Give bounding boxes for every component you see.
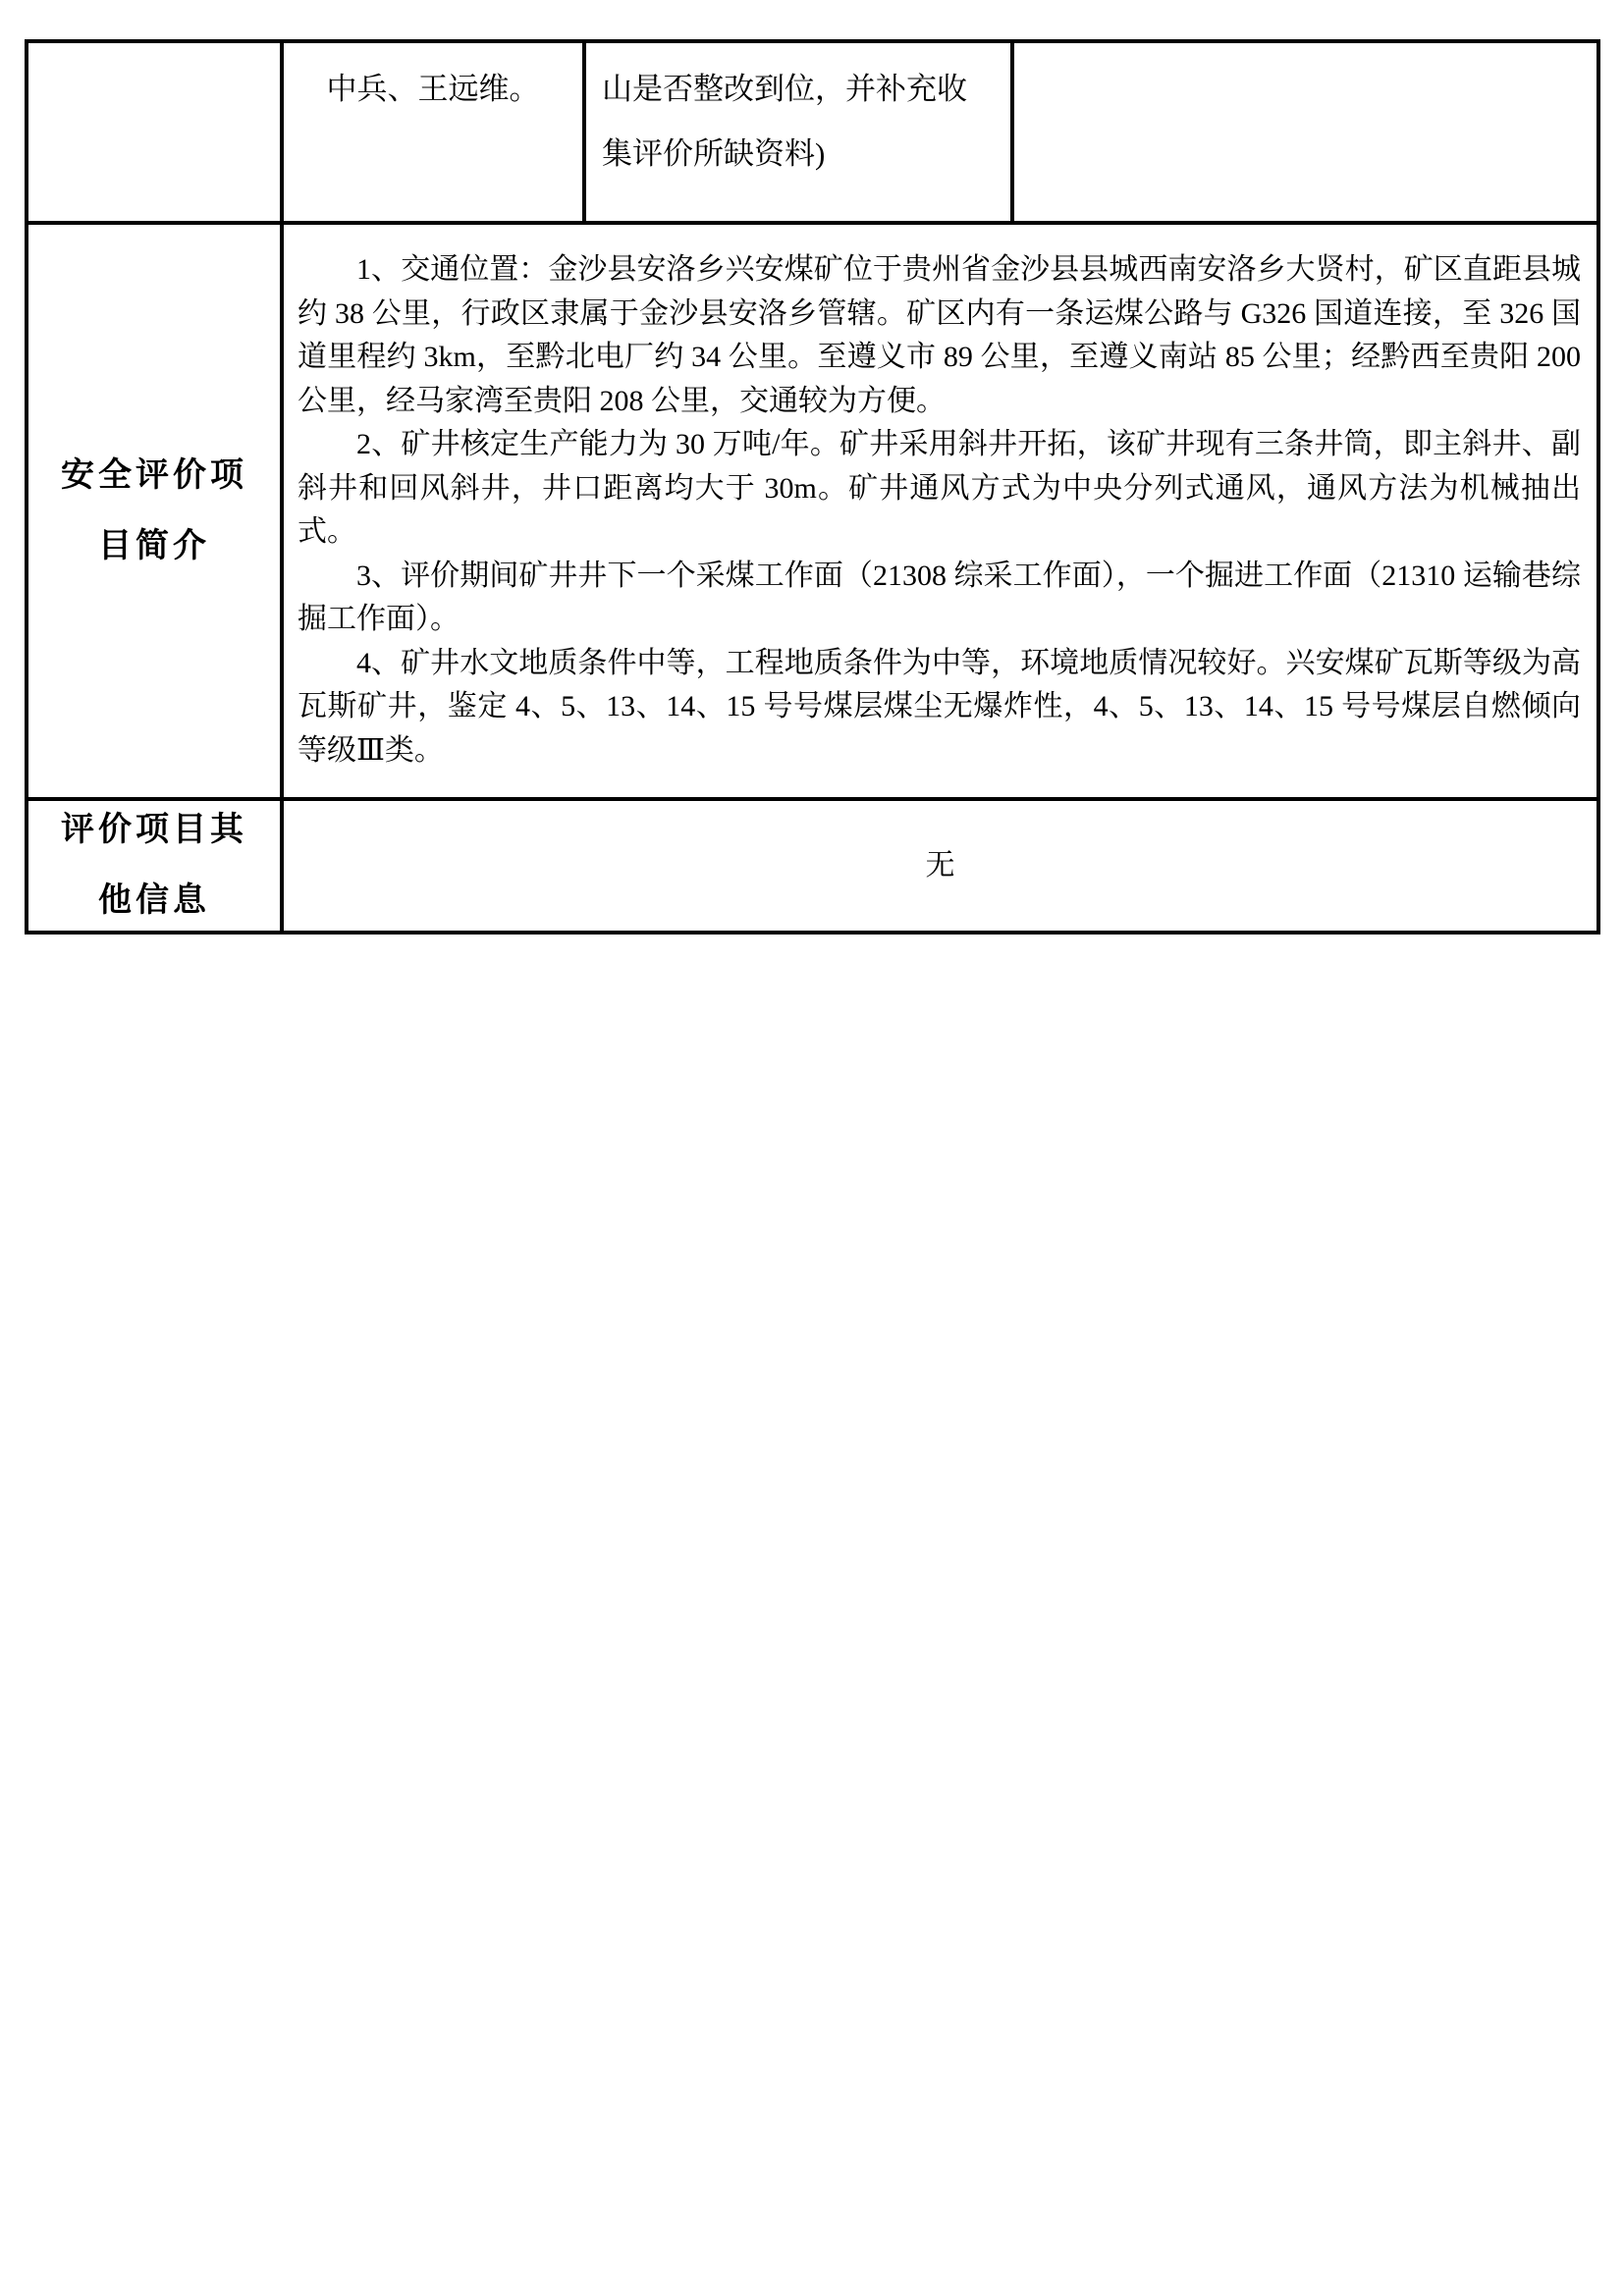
- cell-continuation-names: 中兵、王远维。: [284, 43, 586, 221]
- intro-header-line-1: 安全评价项: [61, 441, 247, 511]
- cell-intro-content: 1、交通位置：金沙县安洛乡兴安煤矿位于贵州省金沙县县城西南安洛乡大贤村，矿区直距…: [284, 225, 1597, 797]
- table-row-continuation: 中兵、王远维。 山是否整改到位，并补充收 集评价所缺资料): [28, 43, 1597, 225]
- intro-paragraph-1: 1、交通位置：金沙县安洛乡兴安煤矿位于贵州省金沙县县城西南安洛乡大贤村，矿区直距…: [298, 248, 1581, 423]
- cell-continuation-note: 山是否整改到位，并补充收 集评价所缺资料): [586, 43, 1014, 221]
- cell-other-header: 评价项目其 他信息: [28, 801, 284, 931]
- table-row-project-intro: 安全评价项 目简介 1、交通位置：金沙县安洛乡兴安煤矿位于贵州省金沙县县城西南安…: [28, 225, 1597, 801]
- document-page: 中兵、王远维。 山是否整改到位，并补充收 集评价所缺资料) 安全评价项 目简介 …: [0, 0, 1624, 2296]
- other-info-value: 无: [926, 848, 955, 883]
- continuation-names-text: 中兵、王远维。: [284, 57, 582, 122]
- evaluation-info-table: 中兵、王远维。 山是否整改到位，并补充收 集评价所缺资料) 安全评价项 目简介 …: [25, 39, 1600, 934]
- intro-paragraph-4: 4、矿井水文地质条件中等，工程地质条件为中等，环境地质情况较好。兴安煤矿瓦斯等级…: [298, 642, 1581, 774]
- table-row-other-info: 评价项目其 他信息 无: [28, 801, 1597, 931]
- cell-other-content: 无: [284, 801, 1597, 931]
- cell-continuation-empty: [1014, 43, 1597, 221]
- intro-paragraph-2: 2、矿井核定生产能力为 30 万吨/年。矿井采用斜井开拓，该矿井现有三条井筒，即…: [298, 423, 1581, 555]
- continuation-note-line-1: 山是否整改到位，并补充收: [602, 57, 997, 122]
- other-header-line-2: 他信息: [98, 866, 210, 936]
- intro-paragraph-3: 3、评价期间矿井井下一个采煤工作面（21308 综采工作面），一个掘进工作面（2…: [298, 555, 1581, 642]
- intro-header-line-2: 目简介: [98, 511, 210, 582]
- other-header-line-1: 评价项目其: [61, 795, 247, 866]
- cell-intro-header: 安全评价项 目简介: [28, 225, 284, 797]
- cell-continuation-header-empty: [28, 43, 284, 221]
- continuation-note-line-2: 集评价所缺资料): [602, 122, 997, 187]
